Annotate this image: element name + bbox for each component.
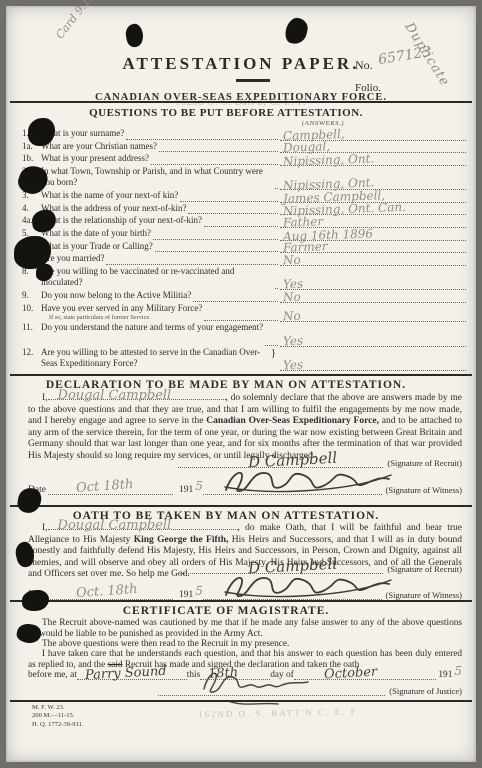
declaration-lead: I, xyxy=(42,393,48,403)
question-text: What are your Christian names? xyxy=(41,141,157,152)
ink-blot xyxy=(283,16,310,46)
printed-year: 191 xyxy=(438,670,452,680)
handwritten-answer: No xyxy=(283,252,301,267)
handwritten-answer: Yes xyxy=(283,358,304,373)
handwritten-month: October xyxy=(323,665,377,683)
answer-line: No xyxy=(280,320,466,322)
oath-date-row: Date Oct. 18th 191 5 (Signature of Witne… xyxy=(28,584,462,600)
this-label: this xyxy=(187,670,200,680)
handwritten-year-digit: 5 xyxy=(195,479,203,493)
question-row: 11.Do you understand the nature and term… xyxy=(22,322,466,346)
title-underline xyxy=(236,79,270,82)
question-number: 11. xyxy=(22,322,41,333)
dotted-leader xyxy=(204,319,278,321)
question-text: Are you willing to be vaccinated or re-v… xyxy=(41,266,273,288)
answer-line: Yes xyxy=(280,345,466,347)
question-row: 2.In what Town, Township or Parish, and … xyxy=(22,166,466,190)
handwritten-year-digit: 5 xyxy=(195,584,203,598)
handwritten-place: Parry Sound xyxy=(84,664,166,683)
question-text: What is your present address? xyxy=(41,153,149,164)
question-row: 7.Are you married?No xyxy=(22,253,466,266)
horizontal-rule xyxy=(10,101,472,103)
justice-signature-row: (Signature of Justice) xyxy=(28,682,462,696)
month-line: October xyxy=(294,678,437,680)
question-row: 5.What is the date of your birth?Aug 16t… xyxy=(22,228,466,241)
dotted-leader xyxy=(126,138,278,140)
no-label: No. xyxy=(355,58,373,73)
attestation-paper: Card 9.19.16 Duplicate ATTESTATION PAPER… xyxy=(6,6,476,762)
question-text: Are you willing to be attested to serve … xyxy=(41,347,271,369)
name-blank-line: Dougal Campbell xyxy=(48,399,226,400)
page-title: ATTESTATION PAPER. xyxy=(86,54,396,74)
form-code-line: H. Q. 1772-39-911. xyxy=(32,721,84,729)
handwritten-name: Dougal Campbell xyxy=(58,390,172,402)
answer-line: Father xyxy=(280,226,466,228)
certificate-paragraph-2: The above questions were then read to th… xyxy=(28,639,462,650)
certificate-p2: The above questions were then read to th… xyxy=(42,639,289,649)
questions-list: 1.What is your surname?Campbell, 1a.What… xyxy=(22,128,466,371)
dotted-leader xyxy=(180,200,278,202)
day-line: 18th xyxy=(200,678,270,680)
question-number: 12. xyxy=(22,347,41,358)
horizontal-rule xyxy=(10,700,472,702)
question-text-main: Have you ever served in any Military For… xyxy=(41,303,202,313)
recruit-signature-label: (Signature of Recruit) xyxy=(387,458,462,468)
handwritten-date: Oct 18th xyxy=(75,477,133,496)
dotted-leader xyxy=(153,238,278,240)
question-text: Have you ever served in any Military For… xyxy=(41,303,202,321)
answer-line: No xyxy=(280,264,466,266)
certificate-p1: The Recruit above-named was cautioned by… xyxy=(28,618,462,639)
question-text: What is your Trade or Calling? xyxy=(41,241,153,252)
form-code-line: 200 M.—11-15. xyxy=(32,712,84,720)
dotted-leader xyxy=(151,163,278,165)
handwritten-answer: No xyxy=(283,309,301,324)
name-blank-line: Dougal Campbell xyxy=(48,529,238,530)
question-row: 1a.What are your Christian names?Dougal, xyxy=(22,141,466,154)
oath-bold-phrase: King George the Fifth, xyxy=(134,535,229,545)
answer-line: No xyxy=(280,301,466,303)
handwritten-answer: No xyxy=(283,289,301,304)
dotted-leader xyxy=(275,287,278,289)
dotted-leader xyxy=(155,250,278,252)
dotted-leader xyxy=(265,344,278,346)
question-row: 8.Are you willing to be vaccinated or re… xyxy=(22,266,466,290)
justice-signature-label: (Signature of Justice) xyxy=(389,686,462,696)
answers-label: (ANSWERS.) xyxy=(302,120,344,127)
dotted-leader xyxy=(204,225,278,227)
handwritten-date: Oct. 18th xyxy=(75,582,137,601)
handwritten-answer: Nipissing, Ont. xyxy=(283,151,375,168)
question-row: 6.What is your Trade or Calling?Farmer xyxy=(22,241,466,254)
printed-year: 191 xyxy=(179,485,193,495)
pencil-note-corner: Card 9.19.16 xyxy=(54,0,107,41)
question-row: 10.Have you ever served in any Military … xyxy=(22,303,466,322)
battalion-stamp-bottom: 162ND O. S. BATT'N C. E. F. xyxy=(198,707,361,720)
answer-line: Yes xyxy=(280,288,466,290)
question-row: 4.What is the address of your next-of-ki… xyxy=(22,203,466,216)
handwritten-answer: Yes xyxy=(283,333,304,348)
oath-recruit-signature-row: D Campbell (Signature of Recruit) xyxy=(28,558,462,574)
question-text: What is the relationship of your next-of… xyxy=(41,215,202,226)
question-text: What is the date of your birth? xyxy=(41,228,151,239)
answer-line: Farmer xyxy=(280,251,466,253)
witness-signature-label: (Signature of Witness) xyxy=(386,590,462,600)
handwritten-answer: Father xyxy=(283,214,324,229)
before-me-row: before me, at Parry Sound this 18th day … xyxy=(28,664,462,680)
printed-year: 191 xyxy=(179,590,193,600)
witness-signature-label: (Signature of Witness) xyxy=(386,485,462,495)
question-row: 9.Do you now belong to the Active Militi… xyxy=(22,290,466,303)
question-number: 9. xyxy=(22,290,41,301)
oath-lead: I, xyxy=(42,523,48,533)
answer-line: Yes xyxy=(280,369,466,371)
question-number: 1b. xyxy=(22,153,41,164)
signature-line: D Campbell xyxy=(178,466,383,468)
certificate-paragraph-1: The Recruit above-named was cautioned by… xyxy=(28,618,462,639)
declaration-date-row: Date Oct 18th 191 5 (Signature of Witnes… xyxy=(28,479,462,495)
declaration-bold-phrase: Canadian Over-Seas Expeditionary Force, xyxy=(206,416,379,426)
horizontal-rule xyxy=(10,505,472,507)
question-text: Do you understand the nature and terms o… xyxy=(41,322,263,333)
form-print-code: M. F. W. 23. 200 M.—11-15. H. Q. 1772-39… xyxy=(32,704,84,729)
recruit-signature: D Campbell xyxy=(247,449,337,472)
dotted-leader xyxy=(106,263,278,265)
handwritten-year-digit: 5 xyxy=(454,664,462,678)
document-scan: Card 9.19.16 Duplicate ATTESTATION PAPER… xyxy=(0,0,482,768)
question-text: What is the address of your next-of-kin? xyxy=(41,203,186,214)
question-text: Do you now belong to the Active Militia? xyxy=(41,290,191,301)
witness-signature-line xyxy=(203,493,382,495)
recruit-signature: D Campbell xyxy=(247,555,337,578)
signature-line: D Campbell xyxy=(178,572,383,574)
print-brace: } xyxy=(271,347,276,359)
question-note: If so, state particulars of former Servi… xyxy=(49,314,202,321)
answer-line: Nipissing, Ont. xyxy=(280,164,466,166)
before-me-label: before me, at xyxy=(28,670,77,680)
question-row: 1b.What is your present address?Nipissin… xyxy=(22,153,466,166)
day-of-label: day of xyxy=(270,670,294,680)
horizontal-rule xyxy=(10,600,472,602)
handwritten-day: 18th xyxy=(208,665,239,682)
dotted-leader xyxy=(193,300,278,302)
dotted-leader xyxy=(275,187,278,189)
justice-signature-line xyxy=(158,694,385,696)
question-row: 1.What is your surname?Campbell, xyxy=(22,128,466,141)
handwritten-name: Dougal Campbell xyxy=(58,520,172,532)
form-code-line: M. F. W. 23. xyxy=(32,704,84,712)
question-text: In what Town, Township or Parish, and in… xyxy=(41,166,273,188)
place-line: Parry Sound xyxy=(77,678,187,680)
dotted-leader xyxy=(188,212,278,214)
certificate-heading: CERTIFICATE OF MAGISTRATE. xyxy=(6,605,446,617)
recruit-signature-label: (Signature of Recruit) xyxy=(387,564,462,574)
horizontal-rule xyxy=(10,374,472,376)
question-row: 12.Are you willing to be attested to ser… xyxy=(22,347,466,371)
date-line: Oct 18th xyxy=(48,493,173,495)
recruit-signature-row: D Campbell (Signature of Recruit) xyxy=(28,452,462,468)
question-text: What is the name of your next-of kin? xyxy=(41,190,178,201)
question-row: 4a.What is the relationship of your next… xyxy=(22,215,466,228)
questions-heading: QUESTIONS TO BE PUT BEFORE ATTESTATION. xyxy=(6,107,446,119)
ink-blot xyxy=(124,22,145,48)
dotted-leader xyxy=(159,150,278,152)
question-number: 10. xyxy=(22,303,41,314)
